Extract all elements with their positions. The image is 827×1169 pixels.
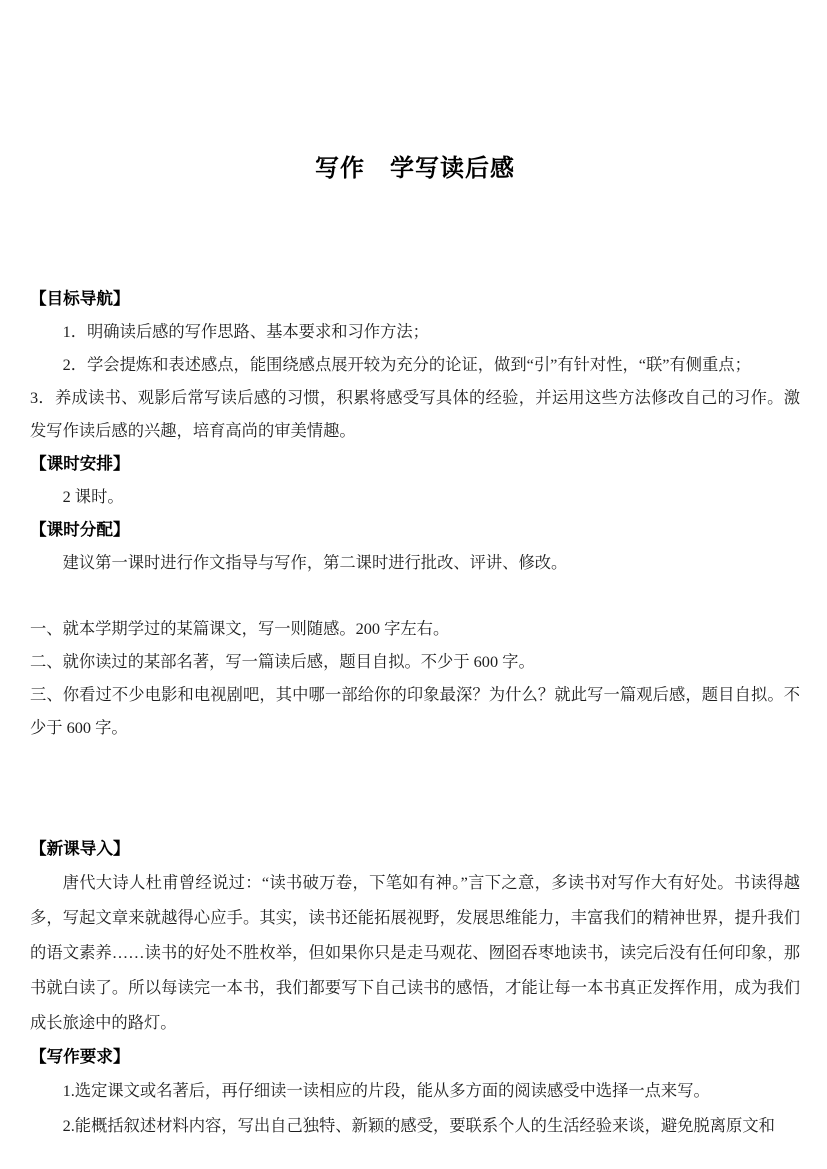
section-heading-lesson-introduction: 【新课导入】: [30, 832, 800, 865]
section-heading-class-hours: 【课时安排】: [30, 447, 800, 480]
document-page: 写作 学写读后感 【目标导航】 1．明确读后感的写作思路、基本要求和习作方法； …: [0, 0, 827, 1169]
goal-item-2: 2．学会提炼和表述感点，能围绕感点展开较为充分的论证，做到“引”有针对性，“联”…: [30, 348, 800, 381]
section-heading-writing-requirements: 【写作要求】: [30, 1040, 800, 1073]
goal-item-3: 3．养成读书、观影后常写读后感的习惯，积累将感受写具体的经验，并运用这些方法修改…: [30, 381, 800, 447]
class-hours-body: 2 课时。: [30, 480, 800, 513]
assignment-item-1: 一、就本学期学过的某篇课文，写一则随感。200 字左右。: [30, 612, 800, 645]
lesson-introduction-paragraph: 唐代大诗人杜甫曾经说过：“读书破万卷，下笔如有神。”言下之意，多读书对写作大有好…: [30, 865, 800, 1040]
hour-allocation-body: 建议第一课时进行作文指导与写作，第二课时进行批改、评讲、修改。: [30, 546, 800, 579]
section-heading-goal-navigation: 【目标导航】: [30, 282, 800, 315]
document-title: 写作 学写读后感: [30, 152, 800, 186]
goal-item-1: 1．明确读后感的写作思路、基本要求和习作方法；: [30, 315, 800, 348]
assignment-item-2: 二、就你读过的某部名著，写一篇读后感，题目自拟。不少于 600 字。: [30, 645, 800, 678]
blank-line: [30, 579, 800, 612]
writing-requirement-item-1: 1.选定课文或名著后，再仔细读一读相应的片段，能从多方面的阅读感受中选择一点来写…: [30, 1073, 800, 1108]
writing-requirement-item-2: 2.能概括叙述材料内容，写出自己独特、新颖的感受，要联系个人的生活经验来谈，避免…: [30, 1108, 800, 1143]
section-heading-hour-allocation: 【课时分配】: [30, 513, 800, 546]
assignment-item-3: 三、你看过不少电影和电视剧吧，其中哪一部给你的印象最深？为什么？就此写一篇观后感…: [30, 678, 800, 744]
